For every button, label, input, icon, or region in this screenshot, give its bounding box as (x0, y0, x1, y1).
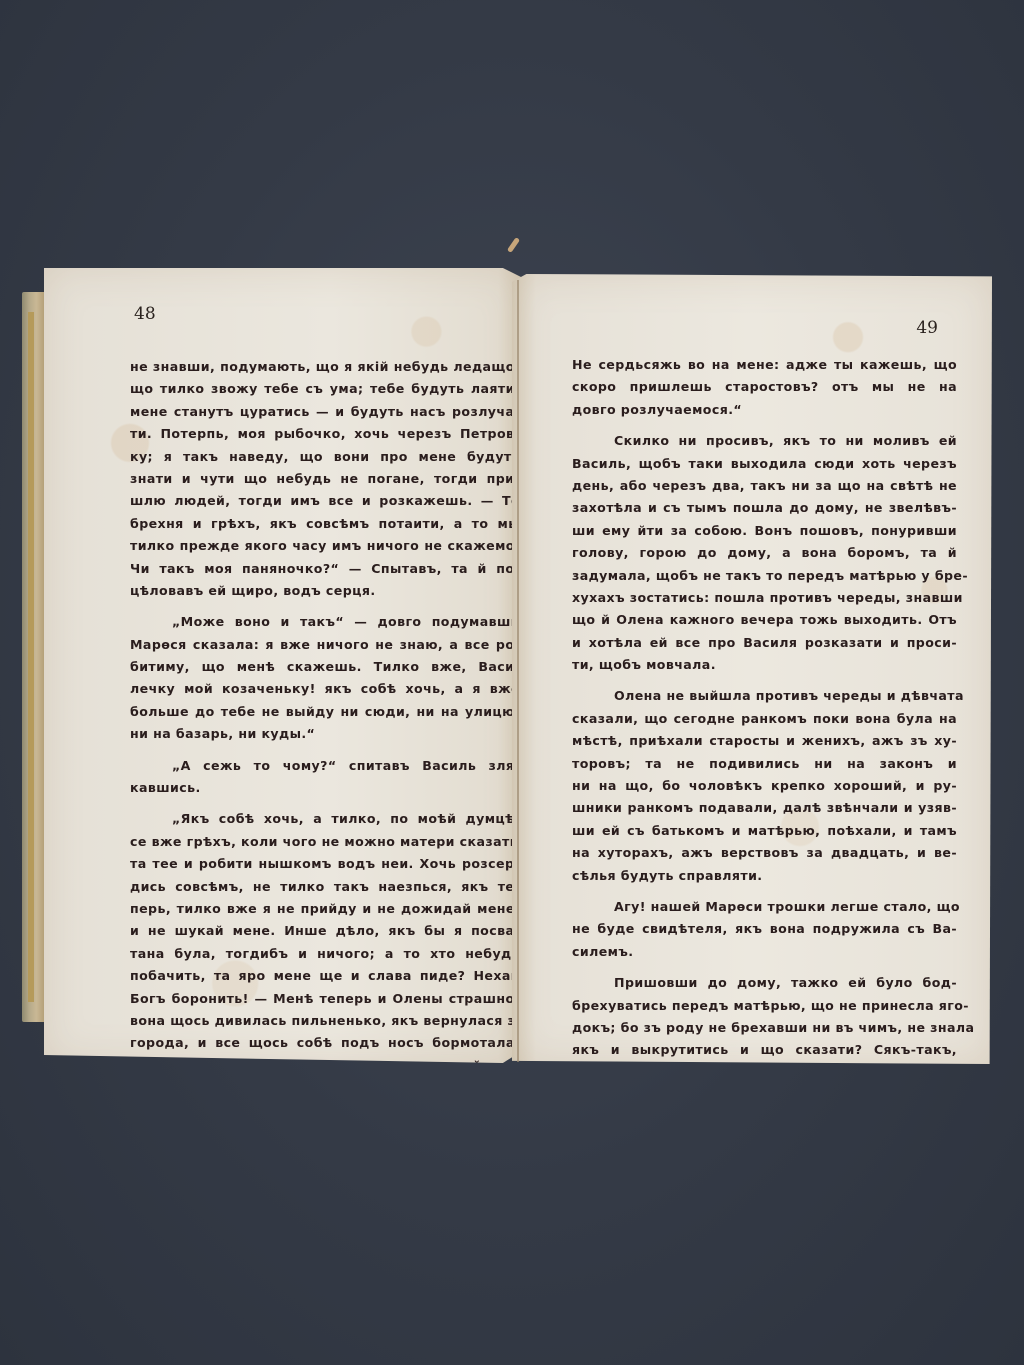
paragraph-gap (572, 421, 957, 430)
page-number-left: 48 (134, 304, 156, 324)
left-page: 48 не знавши, подумають, що я якій небуд… (44, 268, 522, 1063)
book-gutter (517, 280, 519, 1062)
text-line: що й Олена кажного вечера тожь выходить.… (572, 609, 957, 631)
text-line: рила. Прощай же мой соколику, мой Василе… (130, 1100, 520, 1122)
paragraph: не знавши, подумають, що я якій небудь л… (130, 356, 520, 602)
text-line: больше до тебе не выйду ни сюди, ни на у… (130, 701, 520, 723)
text-line: Богъ боронить! — Менѣ теперь и Олены стр… (130, 988, 520, 1010)
text-line: „А сежь то чому?“ спитавъ Василь зля- (130, 755, 520, 777)
text-line: се вже грѣхъ, коли чого не можно матери … (130, 831, 520, 853)
text-line: шники ранкомъ подавали, далѣ звѣнчали и … (572, 797, 957, 819)
text-line: вона щось дивилась пильненько, якъ верну… (130, 1010, 520, 1032)
text-line: перь, тилко вже я не прийду и не дожидай… (130, 898, 520, 920)
text-line: брехня и грѣхъ, якъ совсѣмъ потаити, а т… (130, 513, 520, 535)
text-line: докъ; бо зъ роду не брехавши ни въ чимъ,… (572, 1017, 957, 1039)
paragraph: „Може воно и такъ“ — довго подумавшиМарѳ… (130, 611, 520, 745)
paragraph-gap (130, 799, 520, 808)
text-line: мѣстѣ, приѣхали старосты и женихъ, ажъ з… (572, 730, 957, 752)
text-line: Зарезъ же пришовши, пиду до нея и все ей… (130, 1055, 520, 1077)
text-line: и концѣ у воду. (572, 1084, 957, 1106)
paragraph: Скилко ни просивъ, якъ то ни моливъ ейВа… (572, 430, 957, 676)
left-page-text: не знавши, подумають, що я якій небудь л… (130, 356, 520, 1122)
text-line: брехуватись передъ матѣрью, що не принес… (572, 995, 957, 1017)
paragraph: Агу! нашей Марѳси трошки легше стало, що… (572, 896, 957, 963)
paragraph-gap (130, 746, 520, 755)
text-line: тилко прежде якого часу имъ ничого не ск… (130, 535, 520, 557)
text-line: не знавши, подумають, що я якій небудь л… (130, 356, 520, 378)
cover-edge (28, 312, 34, 1002)
paragraph-gap (572, 676, 957, 685)
text-line: ти, щобъ мовчала. (572, 654, 957, 676)
text-line: сѣлья будуть справляти. (572, 865, 957, 887)
text-line: шлю людей, тогди имъ все и розкажешь. — … (130, 490, 520, 512)
text-line: день, або черезъ два, такъ ни за що на с… (572, 475, 957, 497)
text-line: знати и чути що небудь не погане, тогди … (130, 468, 520, 490)
text-line: и не шукай мене. Инше дѣло, якъ бы я пос… (130, 920, 520, 942)
text-line: Чи такъ моя паняночко?“ — Спытавъ, та й … (130, 558, 520, 580)
text-line: та тее и робити нышкомъ водъ неи. Хочь р… (130, 853, 520, 875)
text-line: що тилко звожу тебе съ ума; тебе будуть … (130, 378, 520, 400)
paragraph-gap (572, 963, 957, 972)
text-line: тана була, тогдибъ и ничого; а то хто не… (130, 943, 520, 965)
text-line: Пришовши до дому, тажко ей було бод- (572, 972, 957, 994)
paragraph: „А сежь то чому?“ спитавъ Василь зля-кав… (130, 755, 520, 800)
text-line: ни на що, бо чоловѣкъ крепко хороший, и … (572, 775, 957, 797)
text-line: города, и все щось собѣ подъ носъ бормот… (130, 1032, 520, 1054)
page-number-right: 49 (916, 318, 938, 338)
right-page-text: Не сердьсяжь во на мене: адже ты кажешь,… (572, 354, 957, 1107)
text-line: ку; я такъ наведу, що вони про мене буду… (130, 446, 520, 468)
text-line: задумала, щобъ не такъ то передъ матѣрью… (572, 565, 957, 587)
text-line: и хотѣла ей все про Василя розказати и п… (572, 632, 957, 654)
paragraph: Не сердьсяжь во на мене: адже ты кажешь,… (572, 354, 957, 421)
text-line: кажу и попрошу, щобъ до часу никому не г… (130, 1077, 520, 1099)
text-line: Скилко ни просивъ, якъ то ни моливъ ей (572, 430, 957, 452)
right-page: 49 Не сердьсяжь во на мене: адже ты каже… (512, 274, 992, 1064)
paragraph-gap (572, 887, 957, 896)
text-line: Марѳся сказала: я вже ничого не знаю, а … (130, 634, 520, 656)
text-line: „Якъ собѣ хочь, а тилко, по моѣй думцѣ, (130, 808, 520, 830)
text-line: дись совсѣмъ, не тилко такъ наезпься, як… (130, 876, 520, 898)
text-line: сказали, що сегодне ранкомъ поки вона бу… (572, 708, 957, 730)
text-line: ши ей съ батькомъ и матѣрью, поѣхали, и … (572, 820, 957, 842)
text-line: не буде свидѣтеля, якъ вона подружила съ… (572, 918, 957, 940)
paragraph: Олена не выйшла противъ череды и дѣвчата… (572, 685, 957, 887)
text-line: довго розлучаемося.“ (572, 399, 957, 421)
text-line: то чередою, то Оленою затерла, земняла д… (572, 1062, 957, 1084)
text-line: якъ и выкрутитись и що сказати? Сякъ-так… (572, 1039, 957, 1061)
text-line: на хуторахъ, ажъ верствовъ за двадцать, … (572, 842, 957, 864)
open-book: 48 не знавши, подумають, що я якій небуд… (22, 262, 992, 1062)
page-stack-edge (22, 292, 46, 1022)
text-line: „Може воно и такъ“ — довго подумавши (130, 611, 520, 633)
text-line: побачить, та яро мене ще и слава пиде? Н… (130, 965, 520, 987)
text-line: Олена не выйшла противъ череды и дѣвчата (572, 685, 957, 707)
text-line: Агу! нашей Марѳси трошки легше стало, що (572, 896, 957, 918)
paragraph: „Якъ собѣ хочь, а тилко, по моѣй думцѣ,с… (130, 808, 520, 1121)
text-line: ти. Потерпь, моя рыбочко, хочь черезъ Пе… (130, 423, 520, 445)
text-line: захотѣла и съ тымъ пошла до дому, не зве… (572, 497, 957, 519)
text-line: Василь, щобъ таки выходила сюди хоть чер… (572, 453, 957, 475)
paragraph: Пришовши до дому, тажко ей було бод-брех… (572, 972, 957, 1106)
text-line: ни на базарь, ни куды.“ (130, 723, 520, 745)
text-line: хухахъ зостатись: пошла противъ череды, … (572, 587, 957, 609)
text-line: ши ему йти за собою. Вонъ пошовъ, понури… (572, 520, 957, 542)
text-line: цѣловавъ ей щиро, водъ серця. (130, 580, 520, 602)
text-line: торовъ; та не подивились ни на законъ и (572, 753, 957, 775)
text-line: Не сердьсяжь во на мене: адже ты кажешь,… (572, 354, 957, 376)
text-line: голову, горою до дому, а вона боромъ, та… (572, 542, 957, 564)
paragraph-gap (130, 602, 520, 611)
debris-speck (507, 237, 520, 253)
text-line: силемъ. (572, 941, 957, 963)
text-line: битиму, що менѣ скажешь. Тилко вже, Васи… (130, 656, 520, 678)
text-line: скоро пришлешь старостовъ? отъ мы не на (572, 376, 957, 398)
text-line: лечку мой козаченьку! якъ собѣ хочь, а я… (130, 678, 520, 700)
text-line: кавшись. (130, 777, 520, 799)
text-line: мене станутъ цуратись — и будуть насъ ро… (130, 401, 520, 423)
